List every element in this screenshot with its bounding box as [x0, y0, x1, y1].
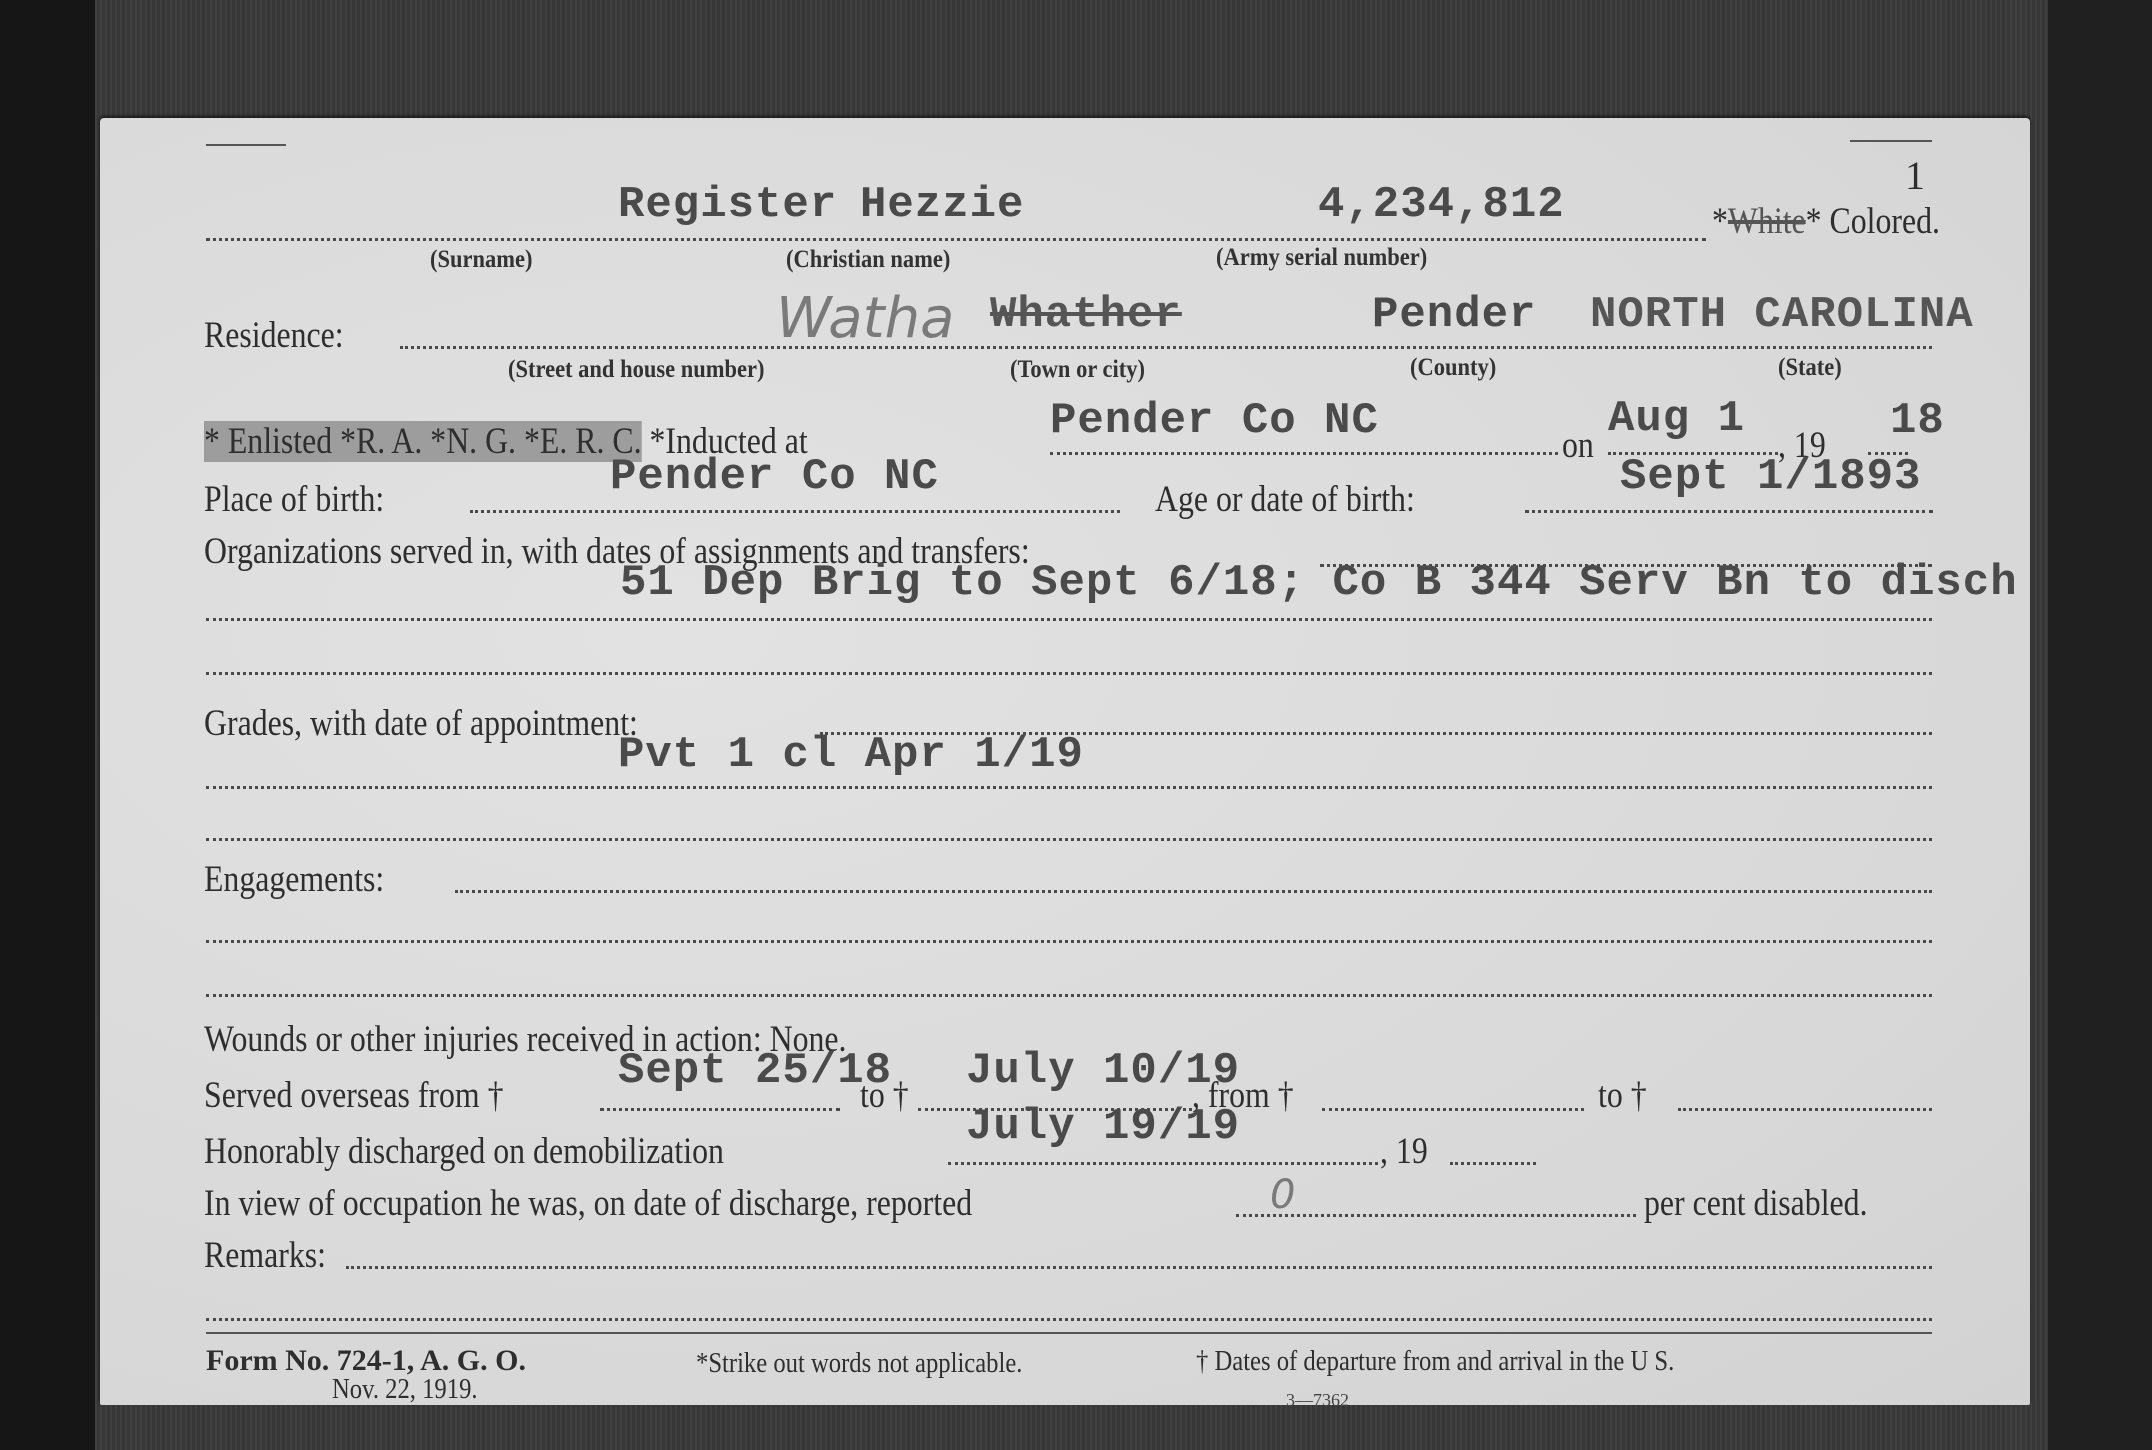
disability-value: 0 — [1270, 1172, 1295, 1218]
grades-line-2 — [206, 786, 1932, 789]
discharge-date-value: July 19/19 — [966, 1102, 1240, 1152]
induction-year-value: 18 — [1890, 396, 1945, 446]
serial-number-value: 4,234,812 — [1318, 180, 1565, 230]
christian-name-value: Hezzie — [860, 180, 1024, 230]
serial-number-caption: (Army serial number) — [1216, 244, 1427, 272]
asterisk: * — [1806, 201, 1822, 242]
engagements-line-2 — [206, 940, 1932, 943]
state-value: NORTH CAROLINA — [1590, 290, 1974, 340]
footer-divider — [206, 1332, 1932, 1334]
grades-line-3 — [206, 838, 1932, 841]
discharge-year-line — [1450, 1162, 1536, 1165]
race-options: *White* Colored. — [1712, 200, 1940, 243]
grades-label: Grades, with date of appointment: — [204, 702, 638, 745]
dagger-note: † Dates of departure from and arrival in… — [1196, 1346, 1674, 1378]
town-handwritten: Watha — [776, 286, 954, 351]
dob-label: Age or date of birth: — [1155, 478, 1415, 521]
enlisted-options-struck: * Enlisted *R. A. *N. G. *E. R. C. — [204, 421, 642, 462]
card-number: 1 — [1905, 152, 1925, 199]
dob-value: Sept 1/1893 — [1620, 452, 1921, 502]
inducted-at-value: Pender Co NC — [1050, 396, 1379, 446]
race-white-struck: White — [1728, 201, 1806, 242]
scan-border-left — [0, 0, 95, 1450]
organizations-line-2 — [206, 618, 1932, 621]
disability-line — [1236, 1214, 1636, 1217]
organizations-line-3 — [206, 672, 1932, 675]
county-value: Pender — [1372, 290, 1536, 340]
name-line — [206, 238, 1706, 241]
town-struck-value: Whather — [990, 290, 1182, 340]
overseas-from-value: Sept 25/18 — [618, 1046, 892, 1096]
dob-line — [1525, 510, 1933, 513]
town-caption: (Town or city) — [1010, 356, 1145, 384]
on-label: on — [1562, 424, 1594, 467]
disability-suffix: per cent disabled. — [1644, 1182, 1868, 1225]
scan-border-right — [2048, 0, 2152, 1450]
asterisk: * — [1712, 201, 1728, 242]
engagements-line-3 — [206, 994, 1932, 997]
strike-note: *Strike out words not applicable. — [696, 1348, 1022, 1380]
service-record-card: 1 Register Hezzie 4,234,812 *White* Colo… — [100, 118, 2030, 1405]
residence-line — [400, 346, 1932, 349]
remarks-line-1 — [346, 1266, 1932, 1269]
place-of-birth-label: Place of birth: — [204, 478, 384, 521]
race-colored: Colored. — [1830, 201, 1940, 242]
surname-caption: (Surname) — [430, 246, 533, 274]
place-of-birth-line — [470, 510, 1120, 513]
form-date: Nov. 22, 1919. — [332, 1374, 478, 1406]
inducted-at-line — [1050, 452, 1558, 455]
engagements-label: Engagements: — [204, 858, 384, 901]
street-caption: (Street and house number) — [508, 356, 764, 384]
overseas-from2-line — [1322, 1108, 1584, 1111]
surname-value: Register — [618, 180, 837, 230]
engagements-line-1 — [455, 890, 1932, 893]
overseas-to-label: to † — [860, 1074, 909, 1117]
print-code: 3—7362 — [1286, 1390, 1349, 1411]
corner-mark-left — [206, 144, 286, 146]
state-caption: (State) — [1778, 354, 1842, 382]
remarks-line-2 — [206, 1318, 1932, 1321]
discharge-date-line — [948, 1162, 1378, 1165]
overseas-to2-line — [1678, 1108, 1932, 1111]
form-number: Form No. 724-1, A. G. O. — [206, 1344, 526, 1378]
induction-date-value: Aug 1 — [1608, 394, 1745, 444]
county-caption: (County) — [1410, 354, 1496, 382]
overseas-from-line — [600, 1108, 840, 1111]
remarks-label: Remarks: — [204, 1234, 326, 1277]
grades-value: Pvt 1 cl Apr 1/19 — [618, 730, 1084, 780]
residence-label: Residence: — [204, 314, 344, 357]
discharge-year-label: , 19 — [1380, 1130, 1428, 1173]
disability-label: In view of occupation he was, on date of… — [204, 1182, 972, 1225]
place-of-birth-value: Pender Co NC — [610, 452, 939, 502]
organizations-value: 51 Dep Brig to Sept 6/18; Co B 344 Serv … — [620, 558, 2018, 608]
corner-mark-right — [1850, 140, 1932, 142]
overseas-from-label: Served overseas from † — [204, 1074, 504, 1117]
discharge-label: Honorably discharged on demobilization — [204, 1130, 724, 1173]
overseas-to2-label: to † — [1598, 1074, 1647, 1117]
christian-name-caption: (Christian name) — [786, 246, 950, 274]
